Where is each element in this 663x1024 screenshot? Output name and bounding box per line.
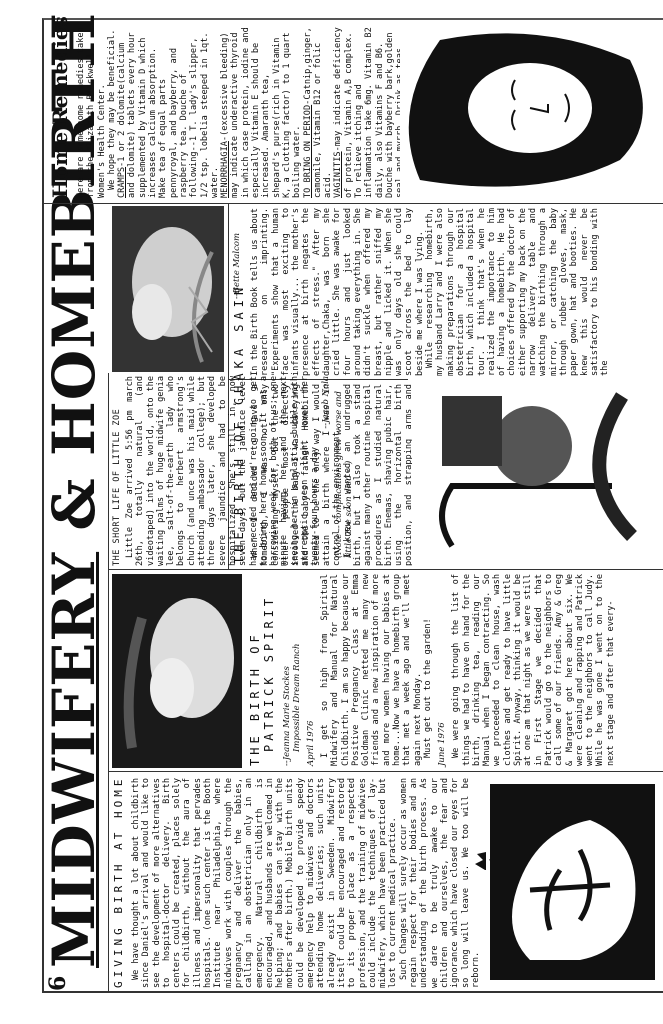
article-giving-birth: GIVING BIRTH AT HOME We have thought a l… [112,778,509,988]
article-body: I get so high from Spiritual Midwifery a… [320,574,433,766]
author: --Jeanna Marie Stockes [282,574,292,766]
paragraph: Here are some home remedies taken from t… [76,26,107,198]
location: Impossible Dream Ranch [292,574,302,766]
remedy-term: MENORRHAGIA [220,141,230,198]
paragraph: Must get out to the garden! [423,574,433,766]
article-chaka-col2: In the Birth Book tells us about researc… [250,208,610,376]
column-divider [108,771,663,772]
article-body: We were going through the list of things… [451,574,616,766]
paragraph: Such Changes will surely occur as women … [399,778,481,988]
remedy-term: VAGINITIS [333,151,343,198]
remedy-item: MENORRHAGIA-(excessive bleeding) may ind… [220,26,302,198]
remedy-item: CRAMPS-1 or 2 dolomite(calcium and dolom… [117,26,220,198]
article-title-chaka: THE BIRTH OF CHAKA SAIN [232,283,246,564]
remedy-text: -1 or 2 dolomite(calcium and dolomite) t… [117,32,220,198]
page-number: 6 [45,976,71,991]
paragraph: In the Birth Book tells us about researc… [250,208,425,376]
byline-chaka: --Bette Malcom [232,233,242,299]
entry-date: April 1976 [306,574,316,766]
woman-portrait-illustration [400,22,663,200]
remedy-term: CRAMPS [117,167,127,198]
article-title: Home Remedies [48,26,72,198]
newborn-head-photo [112,574,242,768]
remedy-term: TO BRING ON PERIOD [303,105,313,198]
remedy-text: -(excessive bleeding) may indicate under… [220,27,302,198]
article-title-line2: PATRICK SPIRIT [262,574,276,766]
article-body: We have thought a lot about childbirth s… [131,778,481,988]
entry-date: June 1976 [437,574,447,766]
paragraph: While researching homebirth, my husband … [425,208,610,376]
paragraph: We were going through the list of things… [451,574,616,766]
article-home-remedies: Home Remedies Here are some home remedie… [48,26,426,198]
headline-rule [108,373,109,993]
paragraph: When I decided to have a homebirth, I wa… [250,384,343,566]
column-divider [108,569,663,570]
article-title: THE SHORT LIFE OF LITTLE ZOE [112,376,122,566]
article-title: GIVING BIRTH AT HOME [112,778,125,988]
newspaper-page: 6 MIDWIFERY & HOMEBIRTH GIVING BIRTH AT … [0,0,663,1024]
headline-midwifery: MIDWIFERY [40,552,108,968]
article-patrick-spirit: THE BIRTH OF PATRICK SPIRIT --Jeanna Mar… [248,574,616,766]
paragraph: I get so high from Spiritual Midwifery a… [320,574,423,766]
column-divider [42,203,663,204]
article-body: Here are some home remedies taken from t… [76,26,426,198]
figure-ink-drawing [470,774,660,990]
remedy-item: TO BRING ON PERIOD-Catnip,ginger, camomi… [303,26,334,198]
paragraph: We have thought a lot about childbirth s… [131,778,399,988]
ornamental-letter-illustration [412,382,660,566]
mother-with-infant-photo [112,206,224,372]
headline-ampersand: & [40,477,108,530]
paragraph: We hope they may be beneficial. [107,26,117,198]
article-title-line1: THE BIRTH OF [248,574,262,766]
